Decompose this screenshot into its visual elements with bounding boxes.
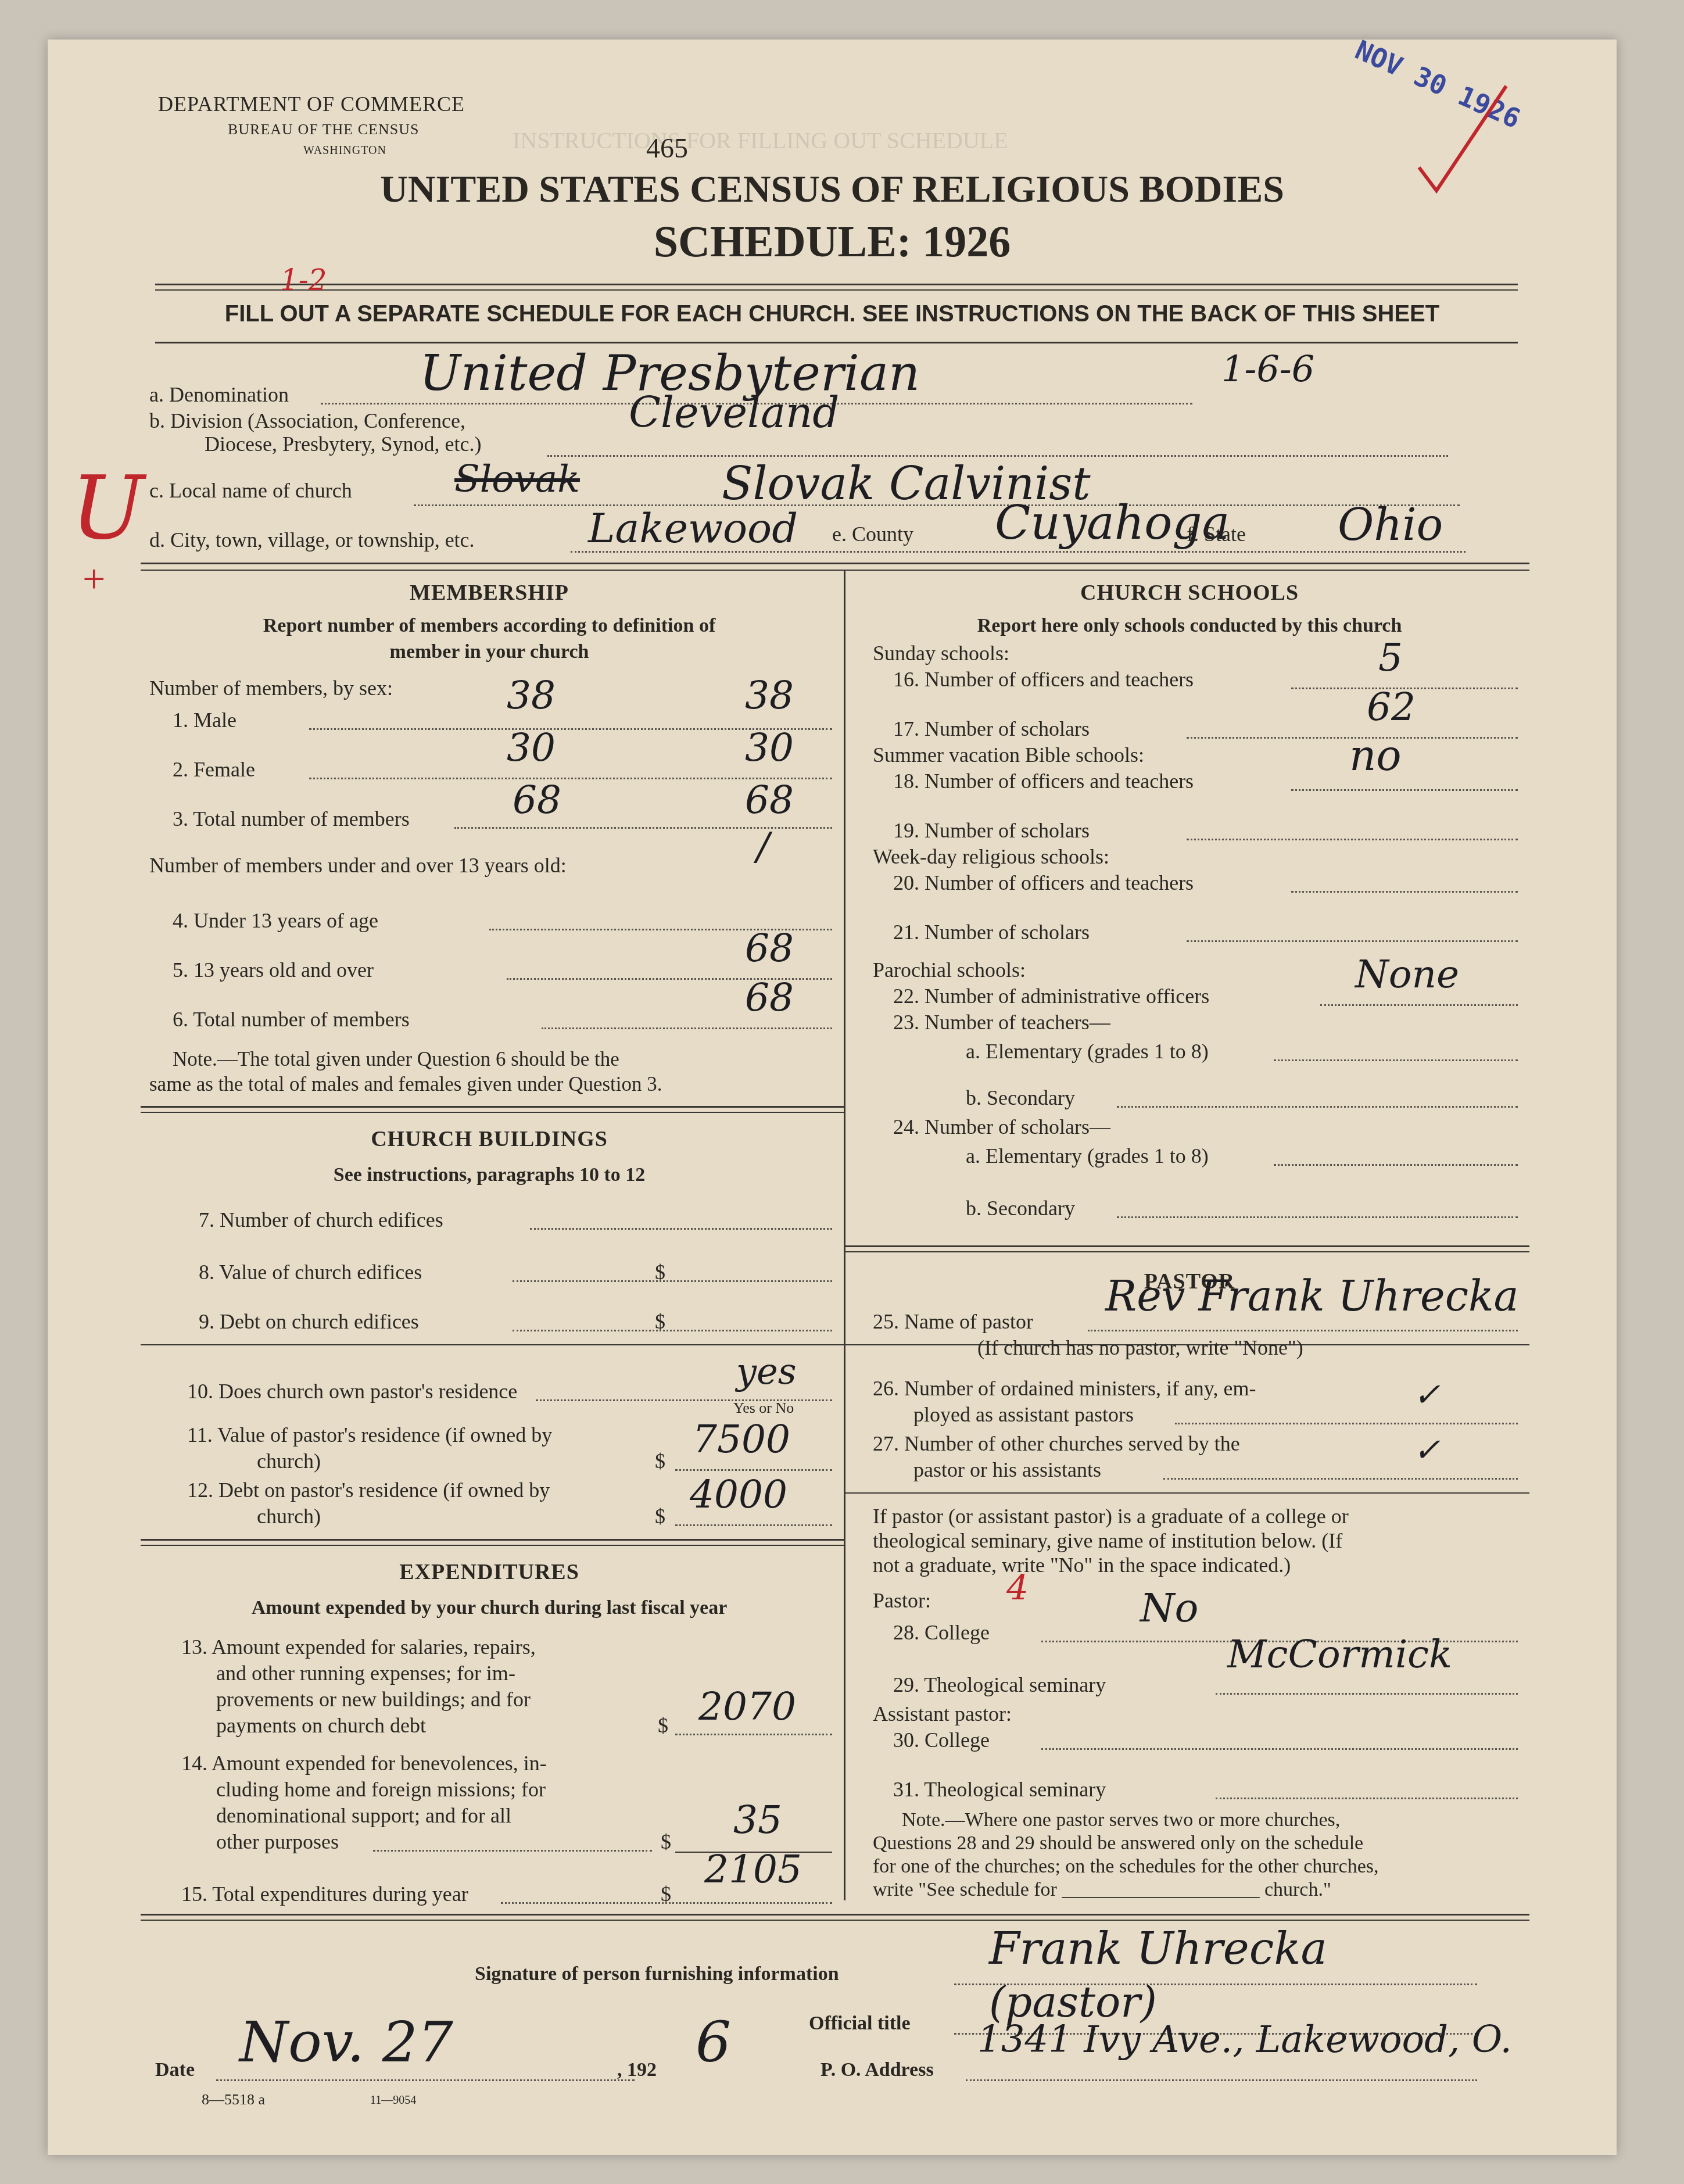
divider: [155, 284, 1518, 285]
divider: [141, 1920, 1529, 1921]
divider: [141, 1914, 1529, 1916]
q19-label: 19. Number of scholars: [893, 818, 1090, 843]
year-prefix: , 192: [617, 2059, 657, 2081]
q14-dots: [373, 1850, 652, 1852]
q16-label: 16. Number of officers and teachers: [893, 667, 1194, 692]
q25-label: 25. Name of pastor: [873, 1309, 1033, 1334]
struck-local-name: Slovak: [454, 458, 580, 501]
over-13-field[interactable]: 68: [745, 926, 794, 971]
q25-hint: (If church has no pastor, write "None"): [977, 1336, 1303, 1360]
address-field[interactable]: 1341 Ivy Ave., Lakewood, O.: [977, 2018, 1512, 2061]
q15-line: [501, 1902, 832, 1904]
q11-field[interactable]: 7500: [693, 1417, 790, 1462]
sunday-schools-label: Sunday schools:: [873, 641, 1009, 665]
female-field[interactable]: 30: [745, 725, 794, 770]
q21-label: 21. Number of scholars: [893, 920, 1090, 944]
division-line: [547, 455, 1448, 457]
over-13-label: 5. 13 years old and over: [173, 958, 374, 982]
q24-label: 24. Number of scholars—: [893, 1115, 1110, 1139]
q7-field[interactable]: [530, 1228, 832, 1230]
signature-label: Signature of person furnishing informati…: [475, 1963, 839, 1985]
q28-field[interactable]: No: [1140, 1585, 1198, 1631]
pastor-note-3: for one of the churches; on the schedule…: [873, 1856, 1378, 1878]
q22-line: [1320, 1004, 1518, 1006]
q25-line: [1088, 1330, 1518, 1331]
membership-note-2: same as the total of males and females g…: [149, 1073, 662, 1096]
margin-mark: U: [71, 458, 144, 559]
q30-label: 30. College: [893, 1728, 990, 1752]
q23b-label: b. Secondary: [966, 1086, 1075, 1110]
q11-label: 11. Value of pastor's residence (if owne…: [187, 1423, 552, 1447]
q14-label: 14. Amount expended for benevolences, in…: [181, 1751, 547, 1775]
q29-line: [1216, 1693, 1518, 1695]
divider: [141, 1344, 1529, 1345]
divider: [141, 570, 1529, 571]
q24a-label: a. Elementary (grades 1 to 8): [966, 1144, 1209, 1168]
pastor-note: Note.—Where one pastor serves two or mor…: [902, 1809, 1340, 1831]
male-field[interactable]: 38: [745, 673, 794, 718]
q17-label: 17. Number of scholars: [893, 717, 1090, 741]
schools-title: CHURCH SCHOOLS: [850, 580, 1529, 606]
q12-label-2: church): [257, 1504, 321, 1528]
by-sex-label: Number of members, by sex:: [149, 676, 393, 700]
under-13-label: 4. Under 13 years of age: [173, 908, 378, 933]
total-age-label: 6. Total number of members: [173, 1007, 410, 1032]
divider: [155, 342, 1518, 343]
q24a-field[interactable]: [1274, 1164, 1518, 1166]
q22-field[interactable]: None: [1355, 952, 1459, 997]
census-schedule-sheet: INSTRUCTIONS FOR FILLING OUT SCHEDULE DE…: [48, 40, 1617, 2155]
city-line: [571, 551, 1466, 553]
membership-subtitle: Report number of members according to de…: [141, 615, 838, 637]
expenditures-title: EXPENDITURES: [141, 1559, 838, 1585]
membership-section: MEMBERSHIP: [141, 580, 838, 606]
q18-label: 18. Number of officers and teachers: [893, 769, 1194, 793]
address-label: P. O. Address: [820, 2059, 934, 2081]
print-code: 11—9054: [370, 2094, 416, 2107]
graduate-instructions: If pastor (or assistant pastor) is a gra…: [873, 1504, 1349, 1528]
date-label: Date: [155, 2059, 195, 2081]
division-label: b. Division (Association, Conference,: [149, 409, 465, 433]
divider: [844, 1245, 1529, 1247]
department-name: DEPARTMENT OF COMMERCE: [158, 92, 465, 116]
q10-label: 10. Does church own pastor's residence: [187, 1379, 517, 1404]
q15-label: 15. Total expenditures during year: [181, 1882, 468, 1906]
q21-field[interactable]: [1187, 940, 1518, 942]
q20-label: 20. Number of officers and teachers: [893, 871, 1194, 895]
q13-field[interactable]: 2070: [698, 1684, 796, 1729]
assistant-subsection-label: Assistant pastor:: [873, 1702, 1012, 1726]
q8-label: 8. Value of church edifices: [199, 1260, 422, 1284]
denomination-label: a. Denomination: [149, 382, 289, 407]
q23-label: 23. Number of teachers—: [893, 1010, 1110, 1034]
date-field[interactable]: Nov. 27: [239, 2010, 453, 2075]
q22-label: 22. Number of administrative officers: [893, 984, 1209, 1008]
form-code: 8—5518 a: [202, 2091, 265, 2108]
parochial-schools-label: Parochial schools:: [873, 958, 1026, 982]
bleed-through-text: INSTRUCTIONS FOR FILLING OUT SCHEDULE: [513, 127, 1008, 154]
local-name-label: c. Local name of church: [149, 478, 352, 503]
divider: [141, 1539, 844, 1541]
q13-label: 13. Amount expended for salaries, repair…: [181, 1635, 536, 1659]
q26-label-2: ployed as assistant pastors: [913, 1402, 1134, 1427]
q27-line: [1163, 1478, 1518, 1480]
q19-field[interactable]: [1187, 839, 1518, 840]
total-sex-line: [454, 827, 832, 829]
divider: [844, 1492, 1529, 1494]
q27-label: 27. Number of other churches served by t…: [873, 1431, 1240, 1456]
column-divider: [844, 570, 845, 1900]
state-label: f. State: [1187, 522, 1246, 546]
q11-line: [675, 1469, 832, 1471]
q14-label-4: other purposes: [216, 1829, 339, 1854]
q8-field[interactable]: [513, 1280, 832, 1282]
total-sex-label: 3. Total number of members: [173, 807, 410, 831]
local-name-line: [414, 504, 1460, 506]
q14-field[interactable]: 35: [733, 1798, 782, 1842]
q10-line: [536, 1399, 832, 1401]
q9-label: 9. Debt on church edifices: [199, 1309, 419, 1334]
dollar-sign: $: [658, 1713, 668, 1738]
address-line: [966, 2079, 1477, 2081]
signature-field[interactable]: Frank Uhrecka: [989, 1922, 1327, 1974]
q30-field[interactable]: [1041, 1748, 1518, 1750]
q29-field[interactable]: McCormick: [1227, 1632, 1452, 1677]
q31-field[interactable]: [1216, 1798, 1518, 1799]
q26-line: [1175, 1423, 1518, 1424]
divider: [141, 1545, 844, 1546]
male-draft: 38: [507, 673, 556, 718]
membership-subtitle-2: member in your church: [141, 641, 838, 663]
q26-field[interactable]: ✓: [1413, 1376, 1441, 1414]
q12-label: 12. Debt on pastor's residence (if owned…: [187, 1478, 550, 1502]
red-mark: 4: [1006, 1568, 1029, 1609]
division-field[interactable]: Cleveland: [629, 388, 839, 437]
pastor-note-4: write "See schedule for ________________…: [873, 1879, 1331, 1901]
q29-label: 29. Theological seminary: [893, 1673, 1106, 1697]
q9-field[interactable]: [513, 1330, 832, 1331]
female-draft: 30: [507, 725, 556, 770]
schedule-title: SCHEDULE: 1926: [48, 217, 1617, 267]
year-field[interactable]: 6: [696, 2010, 731, 2075]
q27-label-2: pastor or his assistants: [913, 1458, 1101, 1482]
dollar-sign: $: [655, 1449, 665, 1473]
date-line: [216, 2079, 635, 2081]
pastor-name-field[interactable]: Rev Frank Uhrecka: [1105, 1272, 1519, 1320]
city-field[interactable]: Lakewood: [588, 504, 798, 552]
dollar-sign: $: [655, 1504, 665, 1528]
bureau-city: WASHINGTON: [303, 144, 386, 157]
q27-field[interactable]: ✓: [1413, 1431, 1441, 1469]
q14-label-3: denominational support; and for all: [216, 1803, 511, 1828]
total-sex-draft: 68: [513, 778, 561, 822]
total-sex-field[interactable]: 68: [745, 778, 794, 822]
q23a-field[interactable]: [1274, 1059, 1518, 1061]
q14-label-2: cluding home and foreign missions; for: [216, 1777, 546, 1802]
q13-line: [675, 1734, 832, 1735]
q16-field[interactable]: 5: [1378, 635, 1403, 680]
divider: [141, 1106, 844, 1108]
q7-label: 7. Number of church edifices: [199, 1208, 443, 1232]
city-label: d. City, town, village, or township, etc…: [149, 528, 475, 552]
divider: [844, 1251, 1529, 1252]
q12-line: [675, 1524, 832, 1526]
q20-field[interactable]: [1291, 891, 1518, 893]
buildings-title: CHURCH BUILDINGS: [141, 1126, 838, 1152]
female-label: 2. Female: [173, 757, 255, 782]
weekday-schools-label: Week-day religious schools:: [873, 844, 1109, 869]
q15-field[interactable]: 2105: [704, 1847, 802, 1892]
schools-subtitle: Report here only schools conducted by th…: [850, 615, 1529, 637]
under-13-field[interactable]: /: [757, 824, 769, 869]
q12-field[interactable]: 4000: [690, 1472, 787, 1517]
q23a-label: a. Elementary (grades 1 to 8): [966, 1039, 1209, 1064]
q24b-field[interactable]: [1117, 1216, 1518, 1218]
q17-field[interactable]: 62: [1367, 685, 1416, 729]
q26-label: 26. Number of ordained ministers, if any…: [873, 1376, 1256, 1401]
form-number: 465: [646, 133, 688, 164]
margin-plus: +: [83, 557, 105, 603]
divider: [141, 1112, 844, 1113]
q11-label-2: church): [257, 1449, 321, 1473]
q10-field[interactable]: yes: [736, 1350, 797, 1392]
summer-schools-label: Summer vacation Bible schools:: [873, 743, 1144, 767]
male-label: 1. Male: [173, 708, 237, 732]
q28-label: 28. College: [893, 1620, 990, 1645]
q13-label-4: payments on church debt: [216, 1713, 426, 1738]
q18-field[interactable]: no: [1349, 731, 1402, 780]
dollar-sign: $: [661, 1829, 671, 1854]
pastor-subsection-label: Pastor:: [873, 1588, 931, 1613]
division-label-2: Diocese, Presbytery, Synod, etc.): [205, 432, 482, 456]
code-right: 1-6-6: [1221, 348, 1314, 390]
bureau-name: BUREAU OF THE CENSUS: [228, 121, 419, 138]
divider: [155, 289, 1518, 291]
handwritten-code: 1-2: [280, 263, 327, 297]
form-title: UNITED STATES CENSUS OF RELIGIOUS BODIES: [48, 167, 1617, 212]
instruction-banner: FILL OUT A SEPARATE SCHEDULE FOR EACH CH…: [48, 301, 1617, 327]
divider: [141, 563, 1529, 564]
q23b-field[interactable]: [1117, 1106, 1518, 1108]
q24b-label: b. Secondary: [966, 1196, 1075, 1220]
q13-label-3: provements or new buildings; and for: [216, 1687, 531, 1712]
graduate-instructions-2: theological seminary, give name of insti…: [873, 1528, 1342, 1553]
q13-label-2: and other running expenses; for im-: [216, 1661, 515, 1685]
graduate-instructions-3: not a graduate, write "No" in the space …: [873, 1553, 1291, 1577]
pastor-note-2: Questions 28 and 29 should be answered o…: [873, 1832, 1363, 1854]
q31-label: 31. Theological seminary: [893, 1777, 1106, 1802]
official-title-label: Official title: [809, 2013, 911, 2035]
q18-line: [1291, 789, 1518, 791]
membership-note: Note.—The total given under Question 6 s…: [173, 1048, 619, 1071]
membership-title: MEMBERSHIP: [141, 580, 838, 606]
state-field[interactable]: Ohio: [1338, 499, 1443, 550]
expenditures-subtitle: Amount expended by your church during la…: [141, 1597, 838, 1619]
total-age-line: [542, 1027, 832, 1029]
county-label: e. County: [832, 522, 913, 546]
q10-hint: Yes or No: [733, 1399, 794, 1417]
total-age-field[interactable]: 68: [745, 975, 794, 1020]
buildings-subtitle: See instructions, paragraphs 10 to 12: [141, 1164, 838, 1186]
by-age-label: Number of members under and over 13 year…: [149, 853, 567, 878]
